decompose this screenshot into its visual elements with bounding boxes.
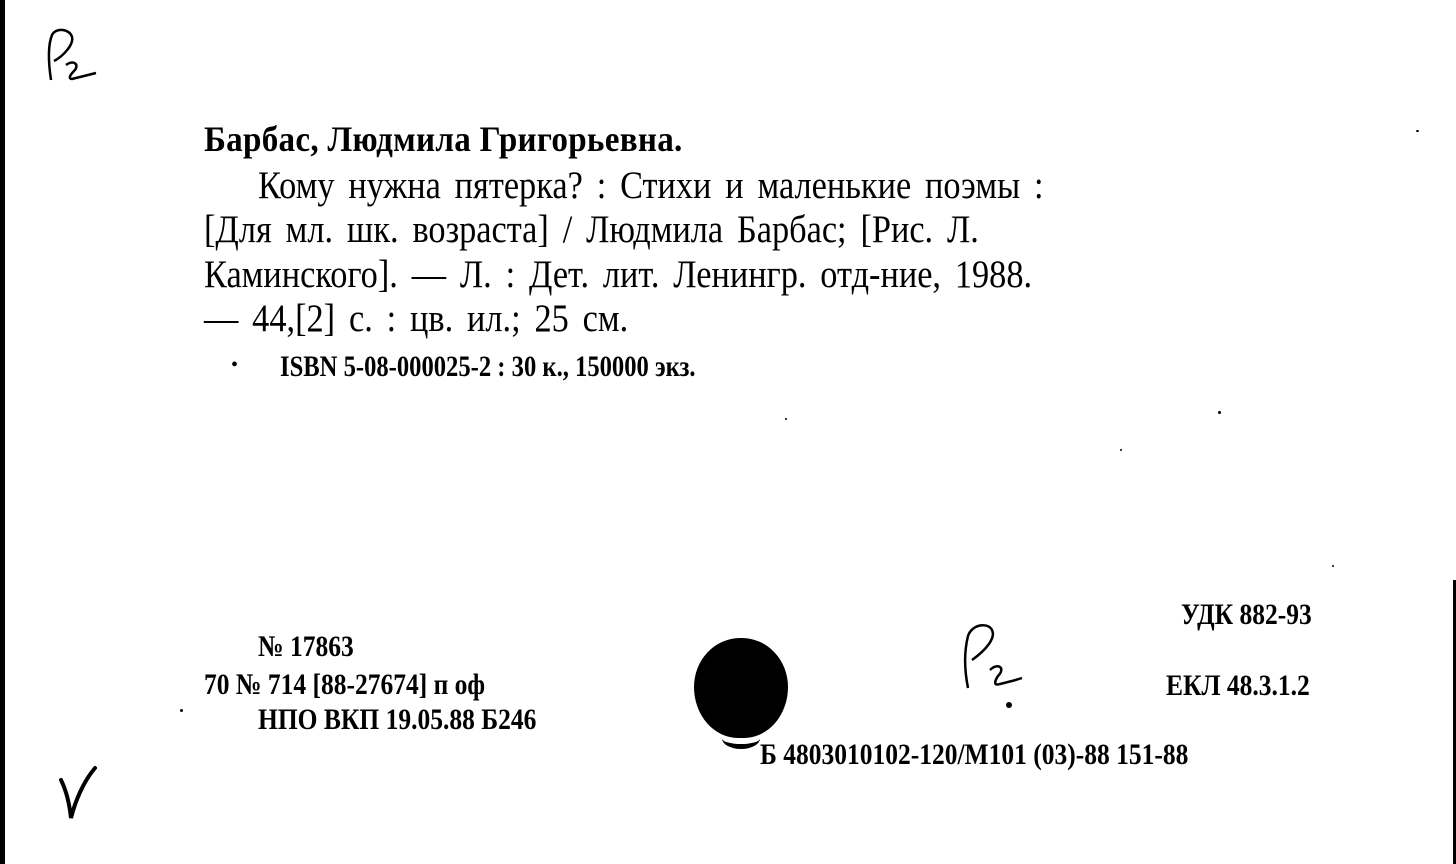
handwritten-r2-top-icon — [40, 15, 110, 85]
ink-blot-tail — [722, 728, 760, 749]
isbn-bullet: • — [231, 354, 238, 377]
isbn-line: ISBN 5-08-000025-2 : 30 к., 150000 экз. — [280, 350, 695, 384]
speck — [1218, 411, 1221, 414]
title-line-4: — 44,[2] с. : цв. ил.; 25 см. — [204, 297, 628, 341]
speck — [1332, 565, 1334, 567]
catalog-card: Барбас, Людмила Григорьевна. Кому нужна … — [0, 0, 1456, 864]
author-heading: Барбас, Людмила Григорьевна. — [204, 118, 683, 160]
udk-code: УДК 882-93 — [1181, 598, 1312, 632]
title-line-2: [Для мл. шк. возраста] / Людмила Барбас;… — [204, 208, 979, 252]
classification-code: Б 4803010102-120/М101 (03)-88 151-88 — [760, 738, 1188, 772]
ekl-code: ЕКЛ 48.3.1.2 — [1166, 669, 1310, 703]
handwritten-r2-middle-icon — [960, 612, 1030, 692]
card-number: № 17863 — [258, 630, 354, 664]
speck — [785, 418, 787, 420]
speck — [1416, 130, 1419, 132]
speck — [180, 709, 183, 712]
card-left-edge — [0, 0, 5, 864]
printer-line: НПО ВКП 19.05.88 Б246 — [258, 703, 536, 737]
title-line-1: Кому нужна пятерка? : Стихи и маленькие … — [258, 164, 1044, 208]
order-line: 70 № 714 [88-27674] п оф — [204, 668, 485, 702]
title-line-3: Каминского]. — Л. : Дет. лит. Ленингр. о… — [204, 253, 1032, 297]
ink-blot — [694, 638, 788, 738]
handwritten-check-icon — [55, 762, 100, 824]
ink-dot — [1006, 702, 1012, 708]
speck — [1120, 449, 1122, 451]
